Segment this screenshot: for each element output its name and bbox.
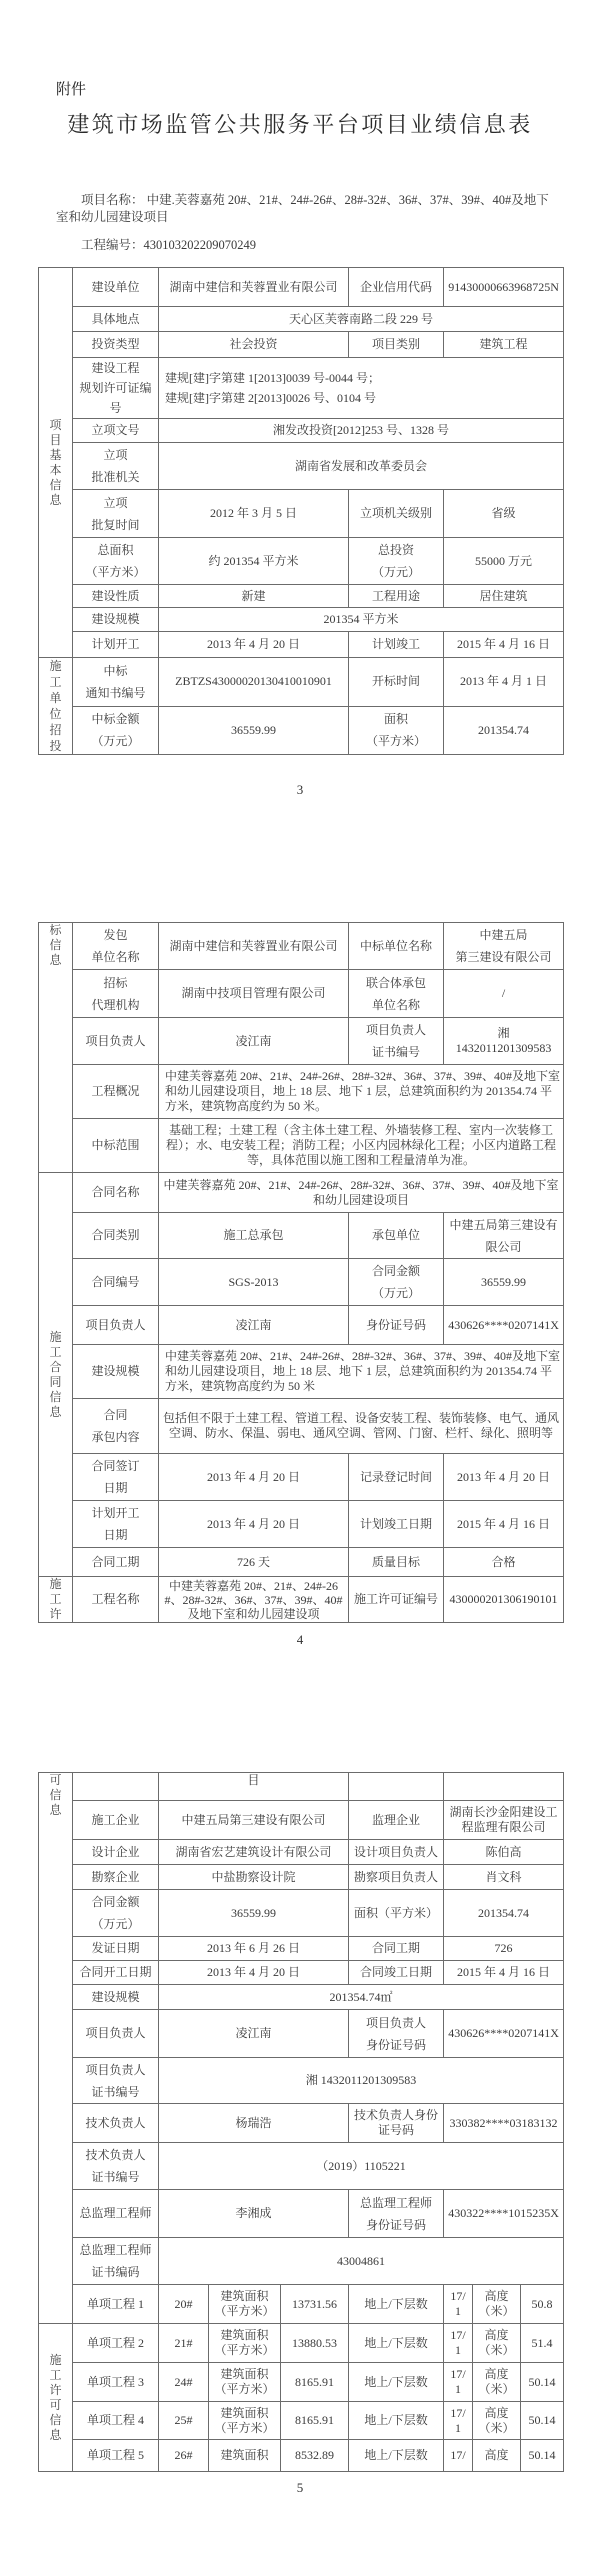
field-value: ZBTZS43000020130410010901 — [159, 658, 349, 707]
page-number: 3 — [0, 782, 600, 798]
field-value: 杨瑞浩 — [159, 2104, 349, 2143]
area-label: 建筑面积 — [209, 2440, 281, 2472]
field-value: 201354 平方米 — [159, 608, 564, 632]
table-row: 计划开工 2013 年 4 月 20 日 计划竣工 2015 年 4 月 16 … — [39, 632, 564, 658]
field-label: 勘察项目负责人 — [349, 1865, 444, 1890]
table-row: 总面积 （平方米） 约 201354 平方米 总投资 （万元） 55000 万元 — [39, 538, 564, 585]
field-value: 中建芙蓉嘉苑 20#、21#、24#-26#、28#-32#、36#、37#、3… — [159, 1065, 564, 1119]
field-value: 约 201354 平方米 — [159, 538, 349, 585]
field-value: 430626****0207141X — [444, 1306, 564, 1345]
table-row: 总监理工程师 证书编码 43004861 — [39, 2238, 564, 2285]
field-value: 91430000663968725N — [444, 268, 564, 307]
field-label: 设计项目负责人 — [349, 1840, 444, 1865]
field-value: 中建五局第三建设有限公司 — [159, 1801, 349, 1840]
field-value: 201354.74㎡ — [159, 1985, 564, 2010]
field-value: 2015 年 4 月 16 日 — [444, 632, 564, 658]
table-row: 总监理工程师 李湘成 总监理工程师 身份证号码 430322****101523… — [39, 2190, 564, 2238]
field-value: 2013 年 4 月 1 日 — [444, 658, 564, 707]
field-value: 43004861 — [159, 2238, 564, 2285]
field-label: 合同金额 （万元） — [349, 1259, 444, 1306]
section-label: 施工许可信息 — [39, 2324, 73, 2472]
field-value: 凌江南 — [159, 1306, 349, 1345]
table-row: 合同开工日期 2013 年 4 月 20 日 合同竣工日期 2015 年 4 月… — [39, 1961, 564, 1985]
project-code-value: 430103202209070249 — [144, 238, 257, 252]
field-value: 施工总承包 — [159, 1213, 349, 1259]
section-label-text: 可信息 — [49, 1773, 62, 1818]
project-code-label: 工程编号： — [81, 238, 144, 252]
field-value: 2015 年 4 月 16 日 — [444, 1961, 564, 1985]
height-label: 高度 （米） — [473, 2324, 521, 2363]
sub-project-row: 单项工程 5 26# 建筑面积 8532.89 地上/下层数 17/ 高度 50… — [39, 2440, 564, 2472]
table-row: 立项文号 湘发改投资[2012]253 号、1328 号 — [39, 419, 564, 443]
table-row: 技术负责人 证书编号 （2019）1105221 — [39, 2143, 564, 2190]
table-row: 项目基本信息 建设单位 湖南中建信和芙蓉置业有限公司 企业信用代码 914300… — [39, 268, 564, 307]
table-row: 项目负责人 证书编号 湘 1432011201309583 — [39, 2058, 564, 2104]
field-value: 湖南中技项目管理有限公司 — [159, 970, 349, 1018]
field-label: 施工企业 — [73, 1801, 159, 1840]
field-label: 项目负责人 证书编号 — [73, 2058, 159, 2104]
section-label-text: 施工合同信息 — [49, 1330, 62, 1420]
field-value: 中建五局第三建设有限公司 — [444, 1213, 564, 1259]
floors-label: 地上/下层数 — [349, 2440, 444, 2472]
section-label: 施工单位招投 — [39, 658, 73, 755]
field-value: 中建芙蓉嘉苑 20#、21#、24#-26#、28#-32#、36#、37#、3… — [159, 1173, 564, 1213]
section-label: 可信息 — [39, 1773, 73, 2324]
field-value: 陈伯高 — [444, 1840, 564, 1865]
sub-project-label: 单项工程 2 — [73, 2324, 159, 2363]
field-label: 中标金额 （万元） — [73, 706, 159, 755]
field-value: 2013 年 4 月 20 日 — [159, 1454, 349, 1501]
project-info-table-page3: 项目基本信息 建设单位 湖南中建信和芙蓉置业有限公司 企业信用代码 914300… — [38, 267, 564, 755]
field-label: 招标 代理机构 — [73, 970, 159, 1018]
field-label: 项目负责人 身份证号码 — [349, 2010, 444, 2058]
table-row: 发证日期 2013 年 6 月 26 日 合同工期 726 — [39, 1937, 564, 1961]
table-row: 设计企业 湖南省宏艺建筑设计有限公司 设计项目负责人 陈伯高 — [39, 1840, 564, 1865]
area-value: 13880.53 — [281, 2324, 349, 2363]
floors-label: 地上/下层数 — [349, 2402, 444, 2440]
field-label: 工程用途 — [349, 585, 444, 608]
field-label: 总监理工程师 — [73, 2190, 159, 2238]
field-value: 2013 年 4 月 20 日 — [444, 1454, 564, 1501]
field-value: / — [444, 970, 564, 1018]
height-label: 高度 — [473, 2440, 521, 2472]
field-value: 201354.74 — [444, 1890, 564, 1937]
field-value: 36559.99 — [444, 1259, 564, 1306]
project-name-line: 项目名称： 中建.芙蓉嘉苑 20#、21#、24#-26#、28#-32#、36… — [56, 192, 552, 226]
table-row: 合同编号 SGS-2013 合同金额 （万元） 36559.99 — [39, 1259, 564, 1306]
sub-project-row: 施工许可信息 单项工程 2 21# 建筑面积 （平方米） 13880.53 地上… — [39, 2324, 564, 2363]
field-label: 计划开工 日期 — [73, 1501, 159, 1548]
field-value: 湖南中建信和芙蓉置业有限公司 — [159, 268, 349, 307]
field-value: 36559.99 — [159, 1890, 349, 1937]
project-info-table-page5: 可信息 目 施工企业 中建五局第三建设有限公司 监理企业 湖南长沙金阳建设工程监… — [38, 1772, 564, 2472]
height-label: 高度 （米） — [473, 2285, 521, 2324]
field-value: 社会投资 — [159, 332, 349, 358]
field-label: 建设性质 — [73, 585, 159, 608]
field-label: 立项 批复时间 — [73, 490, 159, 538]
field-label: 总监理工程师 证书编码 — [73, 2238, 159, 2285]
field-value: 目 — [159, 1773, 349, 1801]
field-value: 李湘成 — [159, 2190, 349, 2238]
field-label: 项目负责人 — [73, 2010, 159, 2058]
floors-value: 17/1 — [444, 2363, 473, 2402]
height-value: 50.14 — [521, 2363, 564, 2402]
floors-value: 17/1 — [444, 2324, 473, 2363]
field-value: 430322****1015235X — [444, 2190, 564, 2238]
floors-value: 17/1 — [444, 2402, 473, 2440]
field-value: 55000 万元 — [444, 538, 564, 585]
height-value: 50.8 — [521, 2285, 564, 2324]
field-label: 中标 通知书编号 — [73, 658, 159, 707]
field-label: 发包 单位名称 — [73, 923, 159, 970]
field-label: 项目负责人 证书编号 — [349, 1018, 444, 1065]
height-label: 高度 （米） — [473, 2402, 521, 2440]
field-label: 工程名称 — [73, 1577, 159, 1623]
sub-project-label: 单项工程 4 — [73, 2402, 159, 2440]
section-label-text: 标信息 — [49, 923, 62, 968]
floors-value: 17/1 — [444, 2285, 473, 2324]
height-value: 51.4 — [521, 2324, 564, 2363]
building-number: 24# — [159, 2363, 209, 2402]
floors-label: 地上/下层数 — [349, 2363, 444, 2402]
field-label: 建设规模 — [73, 608, 159, 632]
height-value: 50.14 — [521, 2440, 564, 2472]
field-value: 湖南省发展和改革委员会 — [159, 443, 564, 490]
field-label: 勘察企业 — [73, 1865, 159, 1890]
field-label: 立项机关级别 — [349, 490, 444, 538]
floors-label: 地上/下层数 — [349, 2324, 444, 2363]
field-label: 合同类别 — [73, 1213, 159, 1259]
field-label: 发证日期 — [73, 1937, 159, 1961]
section-label-text: 施工许 — [49, 1577, 62, 1622]
field-value: 肖文科 — [444, 1865, 564, 1890]
field-value: 湖南长沙金阳建设工程监理有限公司 — [444, 1801, 564, 1840]
sub-project-row: 单项工程 1 20# 建筑面积 （平方米） 13731.56 地上/下层数 17… — [39, 2285, 564, 2324]
sub-project-label: 单项工程 3 — [73, 2363, 159, 2402]
section-label: 施工许 — [39, 1577, 73, 1623]
table-row: 合同金额 （万元） 36559.99 面积（平方米） 201354.74 — [39, 1890, 564, 1937]
field-label: 合同工期 — [73, 1548, 159, 1577]
field-label: 建设工程 规划许可证编号 — [73, 358, 159, 419]
section-label-text: 项目基本信息 — [49, 418, 62, 508]
field-label: 合同 承包内容 — [73, 1399, 159, 1454]
field-value: 包括但不限于土建工程、管道工程、设备安装工程、装饰装修、电气、通风空调、防水、保… — [159, 1399, 564, 1454]
field-label: 合同金额 （万元） — [73, 1890, 159, 1937]
table-row: 施工许 工程名称 中建芙蓉嘉苑 20#、21#、24#-26#、28#-32#、… — [39, 1577, 564, 1623]
height-label: 高度 （米） — [473, 2363, 521, 2402]
table-row: 立项 批复时间 2012 年 3 月 5 日 立项机关级别 省级 — [39, 490, 564, 538]
table-row: 建设工程 规划许可证编号 建规[建]字第建 1[2013]0039 号-0044… — [39, 358, 564, 419]
table-row: 建设性质 新建 工程用途 居住建筑 — [39, 585, 564, 608]
table-row: 技术负责人 杨瑞浩 技术负责人身份证号码 330382****03183132 — [39, 2104, 564, 2143]
table-row: 计划开工 日期 2013 年 4 月 20 日 计划竣工日期 2015 年 4 … — [39, 1501, 564, 1548]
field-value: SGS-2013 — [159, 1259, 349, 1306]
field-value: 凌江南 — [159, 2010, 349, 2058]
table-row: 中标范围 基础工程；土建工程（含主体土建工程、外墙装修工程、室内一次装修工程）；… — [39, 1119, 564, 1173]
field-value: 湘发改投资[2012]253 号、1328 号 — [159, 419, 564, 443]
table-row: 具体地点 天心区芙蓉南路二段 229 号 — [39, 307, 564, 332]
field-label: 合同名称 — [73, 1173, 159, 1213]
field-label: 面积（平方米） — [349, 1890, 444, 1937]
table-row: 项目负责人 凌江南 身份证号码 430626****0207141X — [39, 1306, 564, 1345]
field-value: 2013 年 4 月 20 日 — [159, 632, 349, 658]
field-value: （2019）1105221 — [159, 2143, 564, 2190]
building-number: 20# — [159, 2285, 209, 2324]
area-label: 建筑面积 （平方米） — [209, 2402, 281, 2440]
field-label: 投资类型 — [73, 332, 159, 358]
field-label: 施工许可证编号 — [349, 1577, 444, 1623]
attachment-label: 附件 — [56, 80, 86, 98]
field-value: 201354.74 — [444, 706, 564, 755]
sub-project-row: 单项工程 3 24# 建筑面积 （平方米） 8165.91 地上/下层数 17/… — [39, 2363, 564, 2402]
field-value: 湖南中建信和芙蓉置业有限公司 — [159, 923, 349, 970]
field-value: 2013 年 4 月 20 日 — [159, 1961, 349, 1985]
table-row: 合同 承包内容 包括但不限于土建工程、管道工程、设备安装工程、装饰装修、电气、通… — [39, 1399, 564, 1454]
field-value: 新建 — [159, 585, 349, 608]
field-value: 中盐勘察设计院 — [159, 1865, 349, 1890]
project-name-label: 项目名称： — [81, 193, 147, 207]
table-row: 中标金额 （万元） 36559.99 面积 （平方米） 201354.74 — [39, 706, 564, 755]
field-label: 建设规模 — [73, 1345, 159, 1399]
page-number: 4 — [0, 1632, 600, 1648]
table-row: 建设规模 201354.74㎡ — [39, 1985, 564, 2010]
field-label: 计划竣工日期 — [349, 1501, 444, 1548]
field-label: 计划竣工 — [349, 632, 444, 658]
table-row: 建设规模 中建芙蓉嘉苑 20#、21#、24#-26#、28#-32#、36#、… — [39, 1345, 564, 1399]
building-number: 21# — [159, 2324, 209, 2363]
field-value: 合格 — [444, 1548, 564, 1577]
table-row: 合同工期 726 天 质量目标 合格 — [39, 1548, 564, 1577]
section-label-text: 施工单位招投 — [49, 658, 62, 754]
field-value: 2013 年 4 月 20 日 — [159, 1501, 349, 1548]
table-row: 项目负责人 凌江南 项目负责人 身份证号码 430626****0207141X — [39, 2010, 564, 2058]
field-label: 质量目标 — [349, 1548, 444, 1577]
field-value: 湘 1432011201309583 — [159, 2058, 564, 2104]
field-value — [444, 1773, 564, 1801]
field-label: 工程概况 — [73, 1065, 159, 1119]
field-label: 合同签订 日期 — [73, 1454, 159, 1501]
area-value: 8165.91 — [281, 2363, 349, 2402]
section-label: 项目基本信息 — [39, 268, 73, 658]
field-value: 430000201306190101 — [444, 1577, 564, 1623]
field-value: 基础工程；土建工程（含主体土建工程、外墙装修工程、室内一次装修工程）；水、电安装… — [159, 1119, 564, 1173]
field-label: 建设单位 — [73, 268, 159, 307]
area-value: 8165.91 — [281, 2402, 349, 2440]
field-label: 开标时间 — [349, 658, 444, 707]
field-value: 2013 年 6 月 26 日 — [159, 1937, 349, 1961]
sub-project-label: 单项工程 1 — [73, 2285, 159, 2324]
field-label: 设计企业 — [73, 1840, 159, 1865]
table-row: 合同类别 施工总承包 承包单位 中建五局第三建设有限公司 — [39, 1213, 564, 1259]
field-value: 省级 — [444, 490, 564, 538]
field-value: 湘 1432011201309583 — [444, 1018, 564, 1065]
field-value: 凌江南 — [159, 1018, 349, 1065]
field-label: 项目类别 — [349, 332, 444, 358]
field-label: 企业信用代码 — [349, 268, 444, 307]
field-label — [349, 1773, 444, 1801]
floors-label: 地上/下层数 — [349, 2285, 444, 2324]
field-label: 总投资 （万元） — [349, 538, 444, 585]
field-label: 计划开工 — [73, 632, 159, 658]
field-label: 技术负责人 证书编号 — [73, 2143, 159, 2190]
section-label: 标信息 — [39, 923, 73, 1173]
table-row: 工程概况 中建芙蓉嘉苑 20#、21#、24#-26#、28#-32#、36#、… — [39, 1065, 564, 1119]
area-value: 13731.56 — [281, 2285, 349, 2324]
table-row: 建设规模 201354 平方米 — [39, 608, 564, 632]
field-label: 合同工期 — [349, 1937, 444, 1961]
field-label: 合同编号 — [73, 1259, 159, 1306]
section-label: 施工合同信息 — [39, 1173, 73, 1577]
area-value: 8532.89 — [281, 2440, 349, 2472]
field-value: 430626****0207141X — [444, 2010, 564, 2058]
field-label: 中标范围 — [73, 1119, 159, 1173]
field-label: 中标单位名称 — [349, 923, 444, 970]
field-label: 技术负责人身份证号码 — [349, 2104, 444, 2143]
field-label: 记录登记时间 — [349, 1454, 444, 1501]
field-label: 建设规模 — [73, 1985, 159, 2010]
building-number: 26# — [159, 2440, 209, 2472]
page-number: 5 — [0, 2480, 600, 2496]
field-label: 立项 批准机关 — [73, 443, 159, 490]
table-row: 立项 批准机关 湖南省发展和改革委员会 — [39, 443, 564, 490]
field-label: 立项文号 — [73, 419, 159, 443]
building-number: 25# — [159, 2402, 209, 2440]
table-row: 施工企业 中建五局第三建设有限公司 监理企业 湖南长沙金阳建设工程监理有限公司 — [39, 1801, 564, 1840]
page-title: 建筑市场监管公共服务平台项目业绩信息表 — [0, 112, 600, 140]
field-value: 2015 年 4 月 16 日 — [444, 1501, 564, 1548]
field-label: 具体地点 — [73, 307, 159, 332]
table-row: 施工合同信息 合同名称 中建芙蓉嘉苑 20#、21#、24#-26#、28#-3… — [39, 1173, 564, 1213]
field-value: 建规[建]字第建 1[2013]0039 号-0044 号； 建规[建]字第建 … — [159, 358, 564, 419]
field-label: 项目负责人 — [73, 1018, 159, 1065]
field-value: 中建芙蓉嘉苑 20#、21#、24#-26#、28#-32#、36#、37#、3… — [159, 1577, 349, 1623]
table-row: 合同签订 日期 2013 年 4 月 20 日 记录登记时间 2013 年 4 … — [39, 1454, 564, 1501]
sub-project-row: 单项工程 4 25# 建筑面积 （平方米） 8165.91 地上/下层数 17/… — [39, 2402, 564, 2440]
field-label: 监理企业 — [349, 1801, 444, 1840]
field-value: 建筑工程 — [444, 332, 564, 358]
table-row: 标信息 发包 单位名称 湖南中建信和芙蓉置业有限公司 中标单位名称 中建五局 第… — [39, 923, 564, 970]
sub-project-label: 单项工程 5 — [73, 2440, 159, 2472]
area-label: 建筑面积 （平方米） — [209, 2324, 281, 2363]
field-value: 中建五局 第三建设有限公司 — [444, 923, 564, 970]
section-label-text: 施工许可信息 — [49, 2353, 62, 2443]
field-label: 总面积 （平方米） — [73, 538, 159, 585]
table-row: 勘察企业 中盐勘察设计院 勘察项目负责人 肖文科 — [39, 1865, 564, 1890]
field-value: 居住建筑 — [444, 585, 564, 608]
table-row: 招标 代理机构 湖南中技项目管理有限公司 联合体承包 单位名称 / — [39, 970, 564, 1018]
table-row: 施工单位招投 中标 通知书编号 ZBTZS4300002013041001090… — [39, 658, 564, 707]
field-value: 2012 年 3 月 5 日 — [159, 490, 349, 538]
field-value: 726 天 — [159, 1548, 349, 1577]
height-value: 50.14 — [521, 2402, 564, 2440]
table-row: 可信息 目 — [39, 1773, 564, 1801]
field-value: 中建芙蓉嘉苑 20#、21#、24#-26#、28#-32#、36#、37#、3… — [159, 1345, 564, 1399]
field-value: 36559.99 — [159, 706, 349, 755]
field-value: 湖南省宏艺建筑设计有限公司 — [159, 1840, 349, 1865]
field-label: 合同开工日期 — [73, 1961, 159, 1985]
field-label — [73, 1773, 159, 1801]
field-label: 联合体承包 单位名称 — [349, 970, 444, 1018]
field-label: 身份证号码 — [349, 1306, 444, 1345]
field-value: 330382****03183132 — [444, 2104, 564, 2143]
table-row: 投资类型 社会投资 项目类别 建筑工程 — [39, 332, 564, 358]
field-value: 天心区芙蓉南路二段 229 号 — [159, 307, 564, 332]
field-label: 总监理工程师 身份证号码 — [349, 2190, 444, 2238]
field-label: 技术负责人 — [73, 2104, 159, 2143]
field-label: 面积 （平方米） — [349, 706, 444, 755]
field-label: 合同竣工日期 — [349, 1961, 444, 1985]
project-code-line: 工程编号：430103202209070249 — [81, 237, 256, 254]
field-label: 项目负责人 — [73, 1306, 159, 1345]
area-label: 建筑面积 （平方米） — [209, 2363, 281, 2402]
field-value: 726 — [444, 1937, 564, 1961]
area-label: 建筑面积 （平方米） — [209, 2285, 281, 2324]
table-row: 项目负责人 凌江南 项目负责人 证书编号 湘 1432011201309583 — [39, 1018, 564, 1065]
field-label: 承包单位 — [349, 1213, 444, 1259]
project-info-table-page4: 标信息 发包 单位名称 湖南中建信和芙蓉置业有限公司 中标单位名称 中建五局 第… — [38, 922, 564, 1623]
floors-value: 17/ — [444, 2440, 473, 2472]
